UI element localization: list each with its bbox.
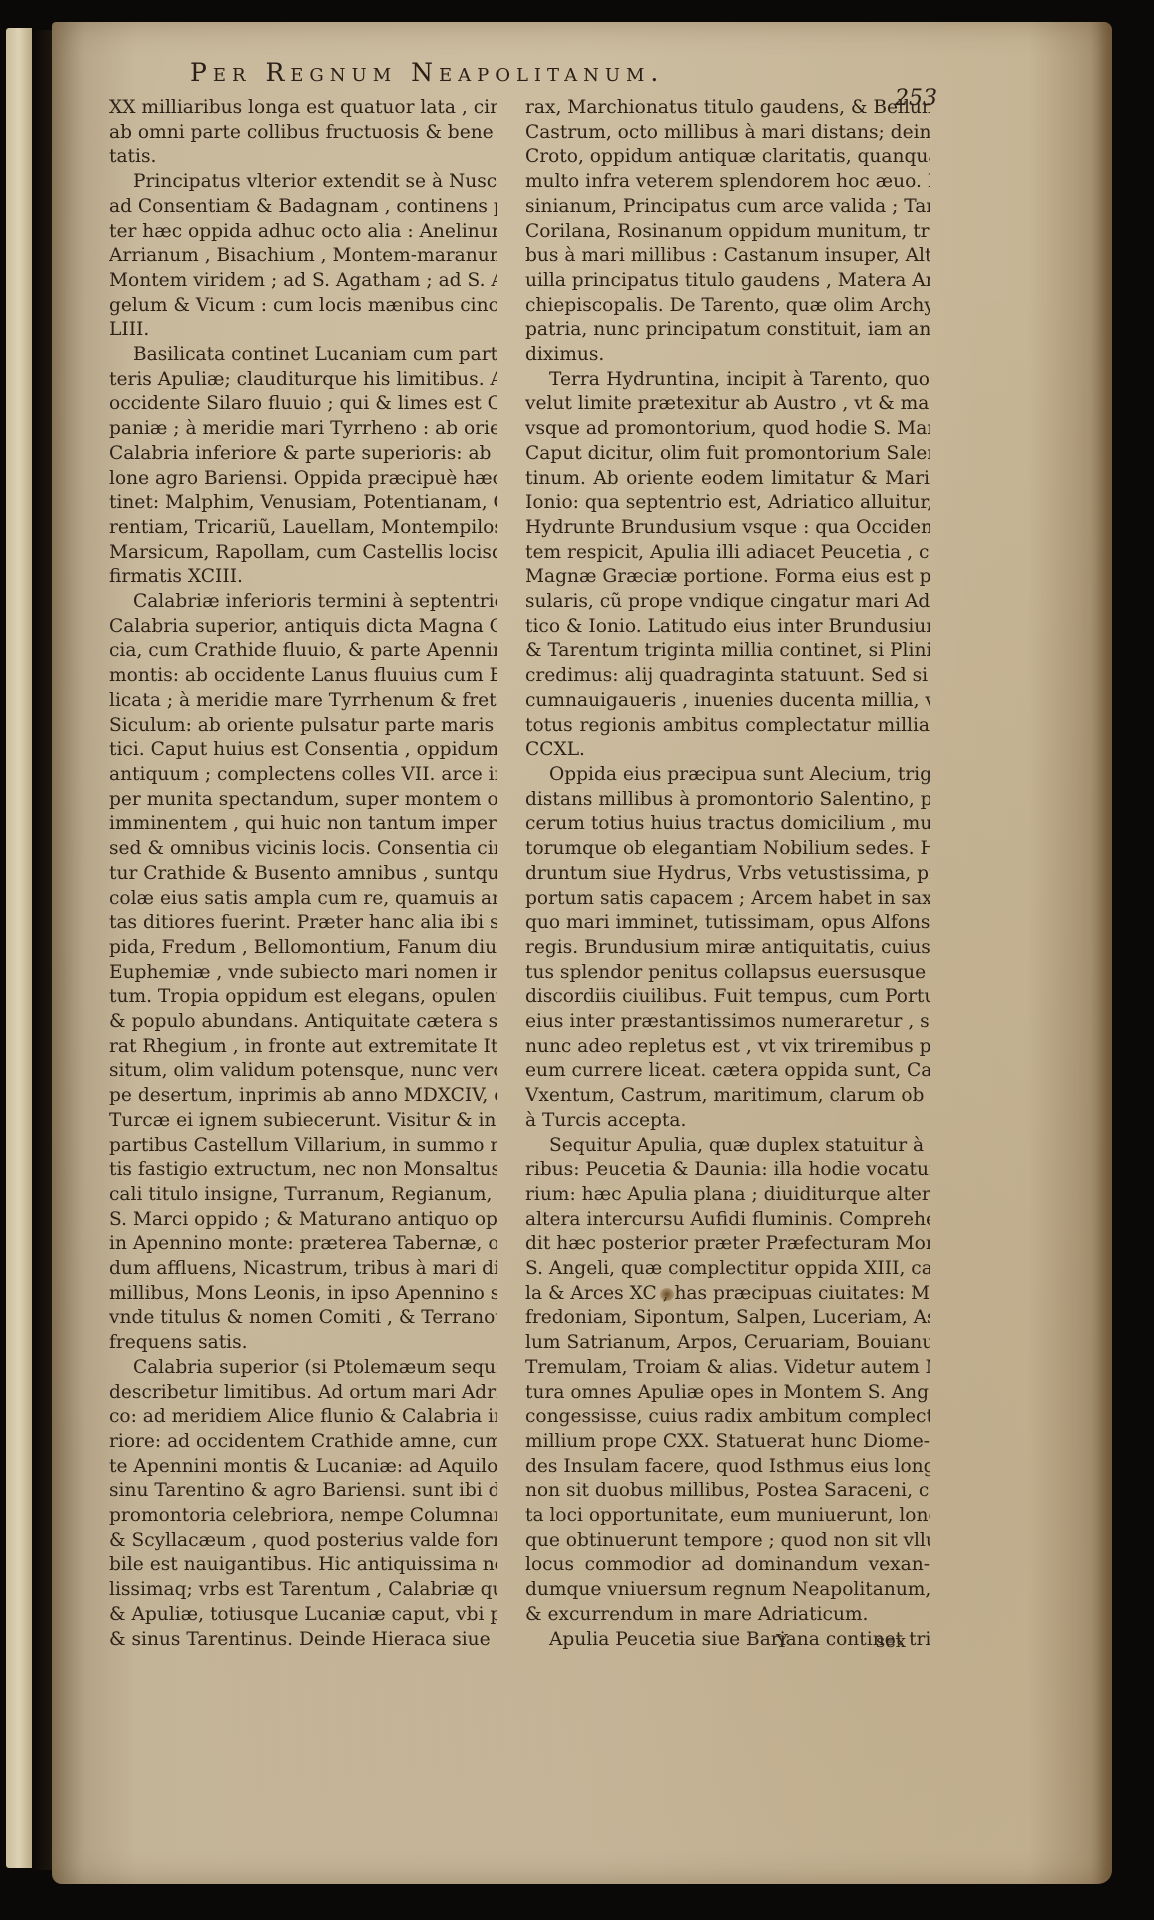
text-line: multo infra veterem splendorem hoc æuo. … (525, 170, 930, 195)
text-line: tinum. Ab oriente eodem limitatur & Mari (525, 467, 930, 492)
text-line: Magnæ Græciæ portione. Forma eius est pe… (525, 565, 930, 590)
text-line: Corilana, Rosinanum oppidum munitum, tri… (525, 220, 930, 245)
text-line: tus splendor penitus collapsus euersusqu… (525, 961, 930, 986)
text-line: torumque ob elegantiam Nobilium sedes. H… (525, 837, 930, 862)
text-line: millibus, Mons Leonis, in ipso Apennino … (109, 1282, 497, 1307)
text-line: describetur limitibus. Ad ortum mari Adr… (109, 1381, 497, 1406)
text-line: rentiam, Tricariũ, Lauellam, Montempilos… (109, 516, 497, 541)
text-line: la & Arces XC , has præcipuas ciuitates:… (525, 1282, 930, 1307)
text-line: sinu Tarentino & agro Bariensi. sunt ibi… (109, 1479, 497, 1504)
text-line: Sequitur Apulia, quæ duplex statuitur à … (525, 1134, 930, 1159)
text-line: millium prope CXX. Statuerat hunc Diome- (525, 1430, 930, 1455)
text-line: in Apennino monte: præterea Tabernæ, opp… (109, 1232, 497, 1257)
right-column: rax, Marchionatus titulo gaudens, & Bell… (525, 96, 930, 1652)
text-line: Oppida eius præcipua sunt Alecium, trigi… (525, 763, 930, 788)
text-line: Euphemiæ , vnde subiecto mari nomen indi… (109, 961, 497, 986)
text-line: ter hæc oppida adhuc octo alia : Anelinu… (109, 220, 497, 245)
text-line: velut limite prætexitur ab Austro , vt &… (525, 392, 930, 417)
text-line: Vxentum, Castrum, maritimum, clarum ob d… (525, 1084, 930, 1109)
text-line: que obtinuerunt tempore ; quod non sit v… (525, 1529, 930, 1554)
text-line: Terra Hydruntina, incipit à Tarento, quo (525, 368, 930, 393)
text-line: ab omni parte collibus fructuosis & bene… (109, 121, 497, 146)
text-line: Calabriæ inferioris termini à septentrio… (109, 590, 497, 615)
text-line: totus regionis ambitus complectatur mill… (525, 714, 930, 739)
text-line: Calabria superior, antiquis dicta Magna … (109, 615, 497, 640)
text-line: sinianum, Principatus cum arce valida ; … (525, 195, 930, 220)
text-line: occidente Silaro fluuio ; qui & limes es… (109, 392, 497, 417)
text-line: tinet: Malphim, Venusiam, Potentianam, C… (109, 491, 497, 516)
page-fore-edge (1098, 22, 1112, 1884)
text-line: altera intercursu Aufidi fluminis. Compr… (525, 1208, 930, 1233)
previous-page-edge (6, 28, 32, 1868)
text-line: tici. Caput huius est Consentia , oppidu… (109, 738, 497, 763)
text-line: quo mari imminet, tutissimam, opus Alfon… (525, 911, 930, 936)
text-line: druntum siue Hydrus, Vrbs vetustissima, … (525, 862, 930, 887)
text-line: vsque ad promontorium, quod hodie S. Mar… (525, 417, 930, 442)
text-line: & excurrendum in mare Adriaticum. (525, 1603, 930, 1628)
footer-marks: Y sex (776, 1631, 906, 1652)
text-line: cali titulo insigne, Turranum, Regianum,… (109, 1183, 497, 1208)
text-line: S. Marci oppido ; & Maturano antiquo opp… (109, 1208, 497, 1233)
text-line: & populo abundans. Antiquitate cætera su… (109, 1010, 497, 1035)
text-line: per munita spectandum, super montem oppi… (109, 788, 497, 813)
text-line: eius inter præstantissimos numeraretur ,… (525, 1010, 930, 1035)
text-line: Arrianum , Bisachium , Montem-maranum, (109, 244, 497, 269)
text-line: tas ditiores fuerint. Præter hanc alia i… (109, 911, 497, 936)
text-line: sed & omnibus vicinis locis. Consentia c… (109, 837, 497, 862)
text-line: lissimaq; vrbs est Tarentum , Calabriæ q… (109, 1578, 497, 1603)
text-line: CCXL. (525, 738, 930, 763)
text-line: chiepiscopalis. De Tarento, quæ olim Arc… (525, 294, 930, 319)
text-line: Marsicum, Rapollam, cum Castellis locisq… (109, 541, 497, 566)
text-line: cumnauigaueris , inuenies ducenta millia… (525, 689, 930, 714)
text-line: Turcæ ei ignem subiecerunt. Visitur & in… (109, 1109, 497, 1134)
text-line: colæ eius satis ampla cum re, quamuis an… (109, 887, 497, 912)
text-line: rax, Marchionatus titulo gaudens, & Bell… (525, 96, 930, 121)
text-line: locus commodior ad dominandum vexan- (525, 1553, 930, 1578)
text-line: pe desertum, inprimis ab anno MDXCIV, cu… (109, 1084, 497, 1109)
text-line: ribus: Peucetia & Daunia: illa hodie voc… (525, 1158, 930, 1183)
text-line: tur Crathide & Busento amnibus , suntque… (109, 862, 497, 887)
text-line: Croto, oppidum antiquæ claritatis, quanq… (525, 145, 930, 170)
text-line: diximus. (525, 343, 930, 368)
text-line: ad Consentiam & Badagnam , continens præ… (109, 195, 497, 220)
text-line: credimus: alij quadraginta statuunt. Sed… (525, 664, 930, 689)
text-line: S. Angeli, quæ complectitur oppida XIII,… (525, 1257, 930, 1282)
text-line: rat Rhegium , in fronte aut extremitate … (109, 1035, 497, 1060)
text-line: lone agro Bariensi. Oppida præcipuè hæc … (109, 467, 497, 492)
text-line: distans millibus à promontorio Salentino… (525, 788, 930, 813)
text-line: pida, Fredum , Bellomontium, Fanum diuæ (109, 936, 497, 961)
text-line: cia, cum Crathide fluuio, & parte Apenni… (109, 639, 497, 664)
text-line: nunc adeo repletus est , vt vix triremib… (525, 1035, 930, 1060)
text-line: firmatis XCIII. (109, 565, 497, 590)
left-column: XX milliaribus longa est quatuor lata , … (109, 96, 497, 1652)
text-line: & sinus Tarentinus. Deinde Hieraca siue … (109, 1628, 497, 1653)
text-line: & Scyllacæum , quod posterius valde form… (109, 1529, 497, 1554)
text-line: tico & Ionio. Latitudo eius inter Brundu… (525, 615, 930, 640)
ink-stain (660, 1288, 674, 1301)
text-line: montis: ab occidente Lanus fluuius cum B… (109, 664, 497, 689)
text-line: non sit duobus millibus, Postea Saraceni… (525, 1479, 930, 1504)
text-line: à Turcis accepta. (525, 1109, 930, 1134)
text-line: tem respicit, Apulia illi adiacet Peucet… (525, 541, 930, 566)
text-line: te Apennini montis & Lucaniæ: ad Aquilon… (109, 1455, 497, 1480)
text-line: Calabria superior (si Ptolemæum sequimur… (109, 1356, 497, 1381)
text-line: congessisse, cuius radix ambitum complec… (525, 1405, 930, 1430)
text-line: Hydrunte Brundusium vsque : qua Occiden- (525, 516, 930, 541)
text-line: rium: hæc Apulia plana ; diuiditurque al… (525, 1183, 930, 1208)
text-line: sularis, cũ prope vndique cingatur mari … (525, 590, 930, 615)
text-line: tura omnes Apuliæ opes in Montem S. Ange… (525, 1381, 930, 1406)
text-line: situm, olim validum potensque, nunc vero… (109, 1059, 497, 1084)
text-line: Siculum: ab oriente pulsatur parte maris… (109, 714, 497, 739)
text-line: tatis. (109, 145, 497, 170)
text-line: dit hæc posterior præter Præfecturam Mon… (525, 1232, 930, 1257)
text-line: tis fastigio extructum, nec non Monsaltu… (109, 1158, 497, 1183)
text-line: patria, nunc principatum constituit, iam… (525, 318, 930, 343)
text-line: antiquum ; complectens colles VII. arce … (109, 763, 497, 788)
text-line: promontoria celebriora, nempe Columnarum… (109, 1504, 497, 1529)
text-line: ta loci opportunitate, eum muniuerunt, l… (525, 1504, 930, 1529)
text-line: tum. Tropia oppidum est elegans, opulent… (109, 985, 497, 1010)
running-head: Per Regnum Neapolitanum. (190, 58, 890, 87)
text-line: & Apuliæ, totiusque Lucaniæ caput, vbi p… (109, 1603, 497, 1628)
text-line: co: ad meridiem Alice flunio & Calabria … (109, 1405, 497, 1430)
text-line: Ionio: qua septentrio est, Adriatico all… (525, 491, 930, 516)
text-line: Basilicata continet Lucaniam cum parte v… (109, 343, 497, 368)
text-line: uilla principatus titulo gaudens , Mater… (525, 269, 930, 294)
text-line: lum Satrianum, Arpos, Ceruariam, Bouianu… (525, 1331, 930, 1356)
text-line: vnde titulus & nomen Comiti , & Terranou… (109, 1306, 497, 1331)
text-line: dumque vniuersum regnum Neapolitanum, (525, 1578, 930, 1603)
text-line: Caput dicitur, olim fuit promontorium Sa… (525, 442, 930, 467)
text-line: XX milliaribus longa est quatuor lata , … (109, 96, 497, 121)
text-line: Montem viridem ; ad S. Agatham ; ad S. A… (109, 269, 497, 294)
text-line: Principatus vlterior extendit se à Nusco… (109, 170, 497, 195)
text-line: LIII. (109, 318, 497, 343)
text-line: regis. Brundusium miræ antiquitatis, cui… (525, 936, 930, 961)
text-line: eum currere liceat. cætera oppida sunt, … (525, 1059, 930, 1084)
text-line: bus à mari millibus : Castanum insuper, … (525, 244, 930, 269)
text-line: imminentem , qui huic non tantum imperit… (109, 812, 497, 837)
text-line: & Tarentum triginta millia continet, si … (525, 639, 930, 664)
text-line: Tremulam, Troiam & alias. Videtur autem … (525, 1356, 930, 1381)
text-line: dum affluens, Nicastrum, tribus à mari d… (109, 1257, 497, 1282)
catchword: sex (876, 1631, 906, 1652)
text-line: fredoniam, Sipontum, Salpen, Luceriam, A… (525, 1306, 930, 1331)
text-line: Castrum, octo millibus à mari distans; d… (525, 121, 930, 146)
text-line: teris Apuliæ; clauditurque his limitibus… (109, 368, 497, 393)
text-line: paniæ ; à meridie mari Tyrrheno : ab ori… (109, 417, 497, 442)
text-line: cerum totius huius tractus domicilium , … (525, 812, 930, 837)
text-line: Calabria inferiore & parte superioris: a… (109, 442, 497, 467)
text-line: portum satis capacem ; Arcem habet in sa… (525, 887, 930, 912)
text-line: bile est nauigantibus. Hic antiquissima … (109, 1553, 497, 1578)
signature-mark: Y (776, 1631, 788, 1652)
text-line: partibus Castellum Villarium, in summo m… (109, 1134, 497, 1159)
text-line: discordiis ciuilibus. Fuit tempus, cum P… (525, 985, 930, 1010)
text-line: gelum & Vicum : cum locis mænibus cincti… (109, 294, 497, 319)
text-line: riore: ad occidentem Crathide amne, cum … (109, 1430, 497, 1455)
text-line: frequens satis. (109, 1331, 497, 1356)
text-line: licata ; à meridie mare Tyrrhenum & fret… (109, 689, 497, 714)
text-line: des Insulam facere, quod Isthmus eius lo… (525, 1455, 930, 1480)
